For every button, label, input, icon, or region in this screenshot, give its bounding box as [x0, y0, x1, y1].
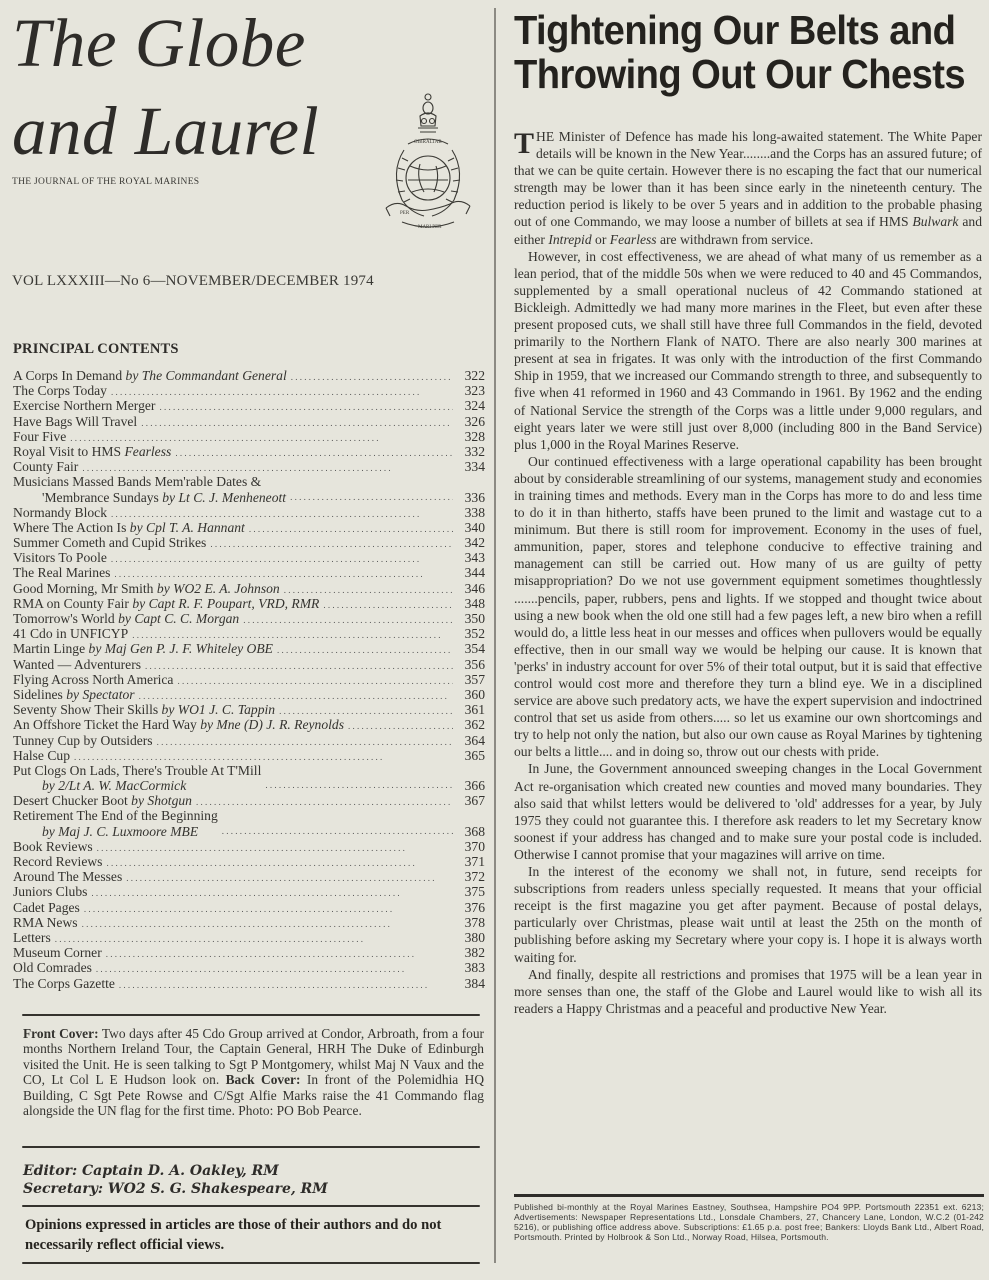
contents-entry: Letters380	[13, 930, 485, 945]
svg-text:MARI PER: MARI PER	[418, 225, 442, 230]
entry-page-number: 380	[459, 930, 485, 945]
dot-leader	[132, 628, 453, 641]
masthead-title-line1: The Globe	[12, 4, 306, 82]
entry-page-number: 366	[459, 778, 485, 793]
entry-title: Cadet Pages	[13, 900, 80, 915]
entry-byline: by Capt C. C. Morgan	[118, 611, 239, 626]
dot-leader	[177, 674, 453, 687]
entry-page-number: 368	[459, 824, 485, 839]
entry-page-number: 324	[459, 398, 485, 413]
magazine-page: The Globe and Laurel THE JOURNAL OF THE …	[0, 0, 989, 1280]
entry-title: Retirement The End of the Beginningby Ma…	[13, 808, 218, 838]
dot-leader	[157, 735, 453, 748]
contents-entry: 41 Cdo in UNFICYP352	[13, 626, 485, 641]
contents-entry: Old Comrades383	[13, 960, 485, 975]
dot-leader	[284, 583, 453, 596]
entry-title: Summer Cometh and Cupid Strikes	[13, 535, 206, 550]
entry-title: Seventy Show Their Skills by WO1 J. C. T…	[13, 702, 275, 717]
contents-entry: Flying Across North America357	[13, 672, 485, 687]
contents-entry: Halse Cup365	[13, 748, 485, 763]
entry-title: Four Five	[13, 429, 66, 444]
contents-entry: Record Reviews371	[13, 854, 485, 869]
entry-page-number: 383	[459, 960, 485, 975]
divider-rule	[514, 1194, 984, 1197]
dot-leader	[111, 507, 453, 520]
entry-page-number: 323	[459, 383, 485, 398]
contents-entry: Exercise Northern Merger324	[13, 398, 485, 413]
front-cover-label: Front Cover:	[23, 1026, 99, 1041]
entry-title: Normandy Block	[13, 505, 107, 520]
entry-page-number: 340	[459, 520, 485, 535]
contents-entry: The Real Marines344	[13, 565, 485, 580]
entry-page-number: 371	[459, 854, 485, 869]
entry-page-number: 372	[459, 869, 485, 884]
dot-leader	[210, 537, 453, 550]
dot-leader	[126, 871, 453, 884]
entry-title: Book Reviews	[13, 839, 93, 854]
entry-byline: by Spectator	[66, 687, 134, 702]
contents-entry: Retirement The End of the Beginningby Ma…	[13, 808, 485, 838]
contents-entry: Sidelines by Spectator360	[13, 687, 485, 702]
entry-title: Have Bags Will Travel	[13, 414, 137, 429]
contents-entry: Book Reviews370	[13, 839, 485, 854]
dot-leader	[222, 824, 453, 839]
entry-page-number: 370	[459, 839, 485, 854]
contents-heading: PRINCIPAL CONTENTS	[13, 341, 179, 358]
contents-entry: Cadet Pages376	[13, 900, 485, 915]
entry-page-number: 352	[459, 626, 485, 641]
entry-title: Where The Action Is by Cpl T. A. Hannant	[13, 520, 245, 535]
entry-page-number: 360	[459, 687, 485, 702]
entry-title: Record Reviews	[13, 854, 102, 869]
divider-rule	[22, 1146, 480, 1148]
entry-title: The Corps Today	[13, 383, 107, 398]
dot-leader	[159, 400, 453, 413]
dot-leader	[111, 552, 453, 565]
entry-page-number: 376	[459, 900, 485, 915]
svg-text:PER: PER	[400, 211, 410, 216]
contents-entry: RMA on County Fair by Capt R. F. Poupart…	[13, 596, 485, 611]
contents-entry: County Fair334	[13, 459, 485, 474]
secretary-credit: Secretary: WO2 S. G. Shakespeare, RM	[23, 1180, 328, 1198]
entry-title: The Corps Gazette	[13, 976, 115, 991]
back-cover-label: Back Cover:	[226, 1072, 301, 1087]
dot-leader	[243, 613, 453, 626]
entry-page-number: 361	[459, 702, 485, 717]
dot-leader	[114, 567, 453, 580]
volume-issue-line: VOL LXXXIII—No 6—NOVEMBER/DECEMBER 1974	[12, 273, 374, 290]
article-paragraph: However, in cost effectiveness, we are a…	[514, 248, 982, 453]
entry-title: Letters	[13, 930, 51, 945]
entry-byline: by Maj Gen P. J. F. Whiteley OBE	[89, 641, 273, 656]
entry-title: Tunney Cup by Outsiders	[13, 733, 153, 748]
entry-title: Old Comrades	[13, 960, 92, 975]
entry-title: A Corps In Demand by The Commandant Gene…	[13, 368, 287, 383]
dot-leader	[265, 778, 453, 793]
entry-page-number: 364	[459, 733, 485, 748]
entry-title: The Real Marines	[13, 565, 110, 580]
contents-entry: Desert Chucker Boot by Shotgun367	[13, 793, 485, 808]
entry-page-number: 343	[459, 550, 485, 565]
entry-page-number: 365	[459, 748, 485, 763]
entry-title: RMA News	[13, 915, 78, 930]
entry-title: Tomorrow's World by Capt C. C. Morgan	[13, 611, 239, 626]
contents-entry: Good Morning, Mr Smith by WO2 E. A. John…	[13, 581, 485, 596]
entry-title: Martin Linge by Maj Gen P. J. F. Whitele…	[13, 641, 273, 656]
entry-page-number: 367	[459, 793, 485, 808]
entry-page-number: 334	[459, 459, 485, 474]
staff-credits: Editor: Captain D. A. Oakley, RM Secreta…	[23, 1162, 328, 1198]
entry-title: Around The Messes	[13, 869, 122, 884]
divider-rule	[22, 1205, 480, 1207]
dot-leader	[139, 689, 453, 702]
entry-page-number: 357	[459, 672, 485, 687]
contents-entry: Tomorrow's World by Capt C. C. Morgan350	[13, 611, 485, 626]
entry-page-number: 332	[459, 444, 485, 459]
contents-entry: Four Five328	[13, 429, 485, 444]
contents-entry: Musicians Massed Bands Mem'rable Dates &…	[13, 474, 485, 504]
drop-cap: T	[514, 131, 534, 157]
contents-entry: Summer Cometh and Cupid Strikes342	[13, 535, 485, 550]
disclaimer: Opinions expressed in articles are those…	[25, 1215, 487, 1255]
entry-title: 41 Cdo in UNFICYP	[13, 626, 128, 641]
entry-page-number: 362	[459, 717, 485, 732]
dot-leader	[249, 522, 453, 535]
dot-leader	[82, 461, 453, 474]
contents-entry: RMA News378	[13, 915, 485, 930]
contents-entry: Museum Corner382	[13, 945, 485, 960]
dot-leader	[145, 659, 453, 672]
entry-page-number: 326	[459, 414, 485, 429]
entry-title: Put Clogs On Lads, There's Trouble At T'…	[13, 763, 261, 793]
entry-title: Exercise Northern Merger	[13, 398, 155, 413]
table-of-contents: A Corps In Demand by The Commandant Gene…	[13, 368, 485, 991]
dot-leader	[111, 385, 453, 398]
dot-leader	[106, 947, 453, 960]
dot-leader	[91, 886, 453, 899]
entry-title: Juniors Clubs	[13, 884, 87, 899]
entry-title: Musicians Massed Bands Mem'rable Dates &…	[13, 474, 286, 504]
headline-line1: Tightening Our Belts and	[514, 8, 951, 52]
entry-page-number: 344	[459, 565, 485, 580]
entry-title: An Offshore Ticket the Hard Way by Mne (…	[13, 717, 344, 732]
article-paragraph: Our continued effectiveness with a large…	[514, 453, 982, 761]
article-paragraph: THE Minister of Defence has made his lon…	[514, 128, 982, 248]
entry-byline: Fearless	[124, 444, 171, 459]
entry-byline: by Capt R. F. Poupart, VRD, RMR	[132, 596, 319, 611]
entry-page-number: 384	[459, 976, 485, 991]
contents-entry: Wanted — Adventurers356	[13, 657, 485, 672]
entry-byline: by The Commandant General	[126, 368, 287, 383]
dot-leader	[175, 446, 453, 459]
entry-page-number: 354	[459, 641, 485, 656]
article-paragraph: In the interest of the economy we shall …	[514, 863, 982, 966]
masthead-subtitle: THE JOURNAL OF THE ROYAL MARINES	[12, 177, 199, 187]
entry-byline: by WO1 J. C. Tappin	[162, 702, 276, 717]
entry-page-number: 348	[459, 596, 485, 611]
dot-leader	[74, 750, 453, 763]
contents-entry: Tunney Cup by Outsiders364	[13, 733, 485, 748]
entry-title: County Fair	[13, 459, 78, 474]
royal-marines-crest-icon: GIBRALTAR MARI PER PER	[380, 88, 476, 236]
entry-title: Wanted — Adventurers	[13, 657, 141, 672]
contents-entry: The Corps Today323	[13, 383, 485, 398]
entry-page-number: 328	[459, 429, 485, 444]
dot-leader	[290, 490, 453, 505]
dot-leader	[55, 932, 453, 945]
entry-byline: by Maj J. C. Luxmoore MBE	[42, 824, 198, 839]
article-body: THE Minister of Defence has made his lon…	[514, 128, 982, 1017]
dot-leader	[277, 643, 453, 656]
entry-title: Flying Across North America	[13, 672, 173, 687]
dot-leader	[97, 841, 453, 854]
dot-leader	[323, 598, 453, 611]
editor-credit: Editor: Captain D. A. Oakley, RM	[23, 1162, 328, 1180]
entry-title: Visitors To Poole	[13, 550, 107, 565]
dot-leader	[141, 416, 453, 429]
dot-leader	[70, 431, 453, 444]
article-paragraph: And finally, despite all restrictions an…	[514, 966, 982, 1017]
entry-page-number: 378	[459, 915, 485, 930]
contents-entry: Around The Messes372	[13, 869, 485, 884]
contents-entry: The Corps Gazette384	[13, 976, 485, 991]
headline-line2: Throwing Out Our Chests	[514, 52, 951, 96]
column-divider	[494, 8, 496, 1263]
contents-entry: Put Clogs On Lads, There's Trouble At T'…	[13, 763, 485, 793]
entry-page-number: 382	[459, 945, 485, 960]
dot-leader	[106, 856, 453, 869]
contents-entry: Juniors Clubs375	[13, 884, 485, 899]
masthead-title-line2: and Laurel	[12, 92, 319, 170]
entry-page-number: 375	[459, 884, 485, 899]
entry-byline: by WO2 E. A. Johnson	[157, 581, 280, 596]
entry-byline: by Mne (D) J. R. Reynolds	[200, 717, 344, 732]
article-headline: Tightening Our Belts and Throwing Out Ou…	[514, 8, 951, 96]
contents-entry: Where The Action Is by Cpl T. A. Hannant…	[13, 520, 485, 535]
contents-entry: Martin Linge by Maj Gen P. J. F. Whitele…	[13, 641, 485, 656]
entry-page-number: 336	[459, 490, 485, 505]
entry-byline: by 2/Lt A. W. MacCormick	[42, 778, 186, 793]
contents-entry: A Corps In Demand by The Commandant Gene…	[13, 368, 485, 383]
entry-title: Desert Chucker Boot by Shotgun	[13, 793, 192, 808]
dot-leader	[82, 917, 453, 930]
contents-entry: Royal Visit to HMS Fearless332	[13, 444, 485, 459]
entry-title: Good Morning, Mr Smith by WO2 E. A. John…	[13, 581, 280, 596]
dot-leader	[279, 704, 453, 717]
entry-byline: by Shotgun	[131, 793, 192, 808]
entry-page-number: 342	[459, 535, 485, 550]
entry-page-number: 350	[459, 611, 485, 626]
entry-title: Museum Corner	[13, 945, 102, 960]
entry-page-number: 346	[459, 581, 485, 596]
dot-leader	[119, 978, 453, 991]
contents-entry: Normandy Block338	[13, 505, 485, 520]
contents-entry: Seventy Show Their Skills by WO1 J. C. T…	[13, 702, 485, 717]
publisher-imprint: Published bi-monthly at the Royal Marine…	[514, 1202, 984, 1242]
entry-page-number: 322	[459, 368, 485, 383]
dot-leader	[348, 719, 453, 732]
divider-rule	[22, 1262, 480, 1264]
entry-page-number: 338	[459, 505, 485, 520]
dot-leader	[96, 962, 453, 975]
contents-entry: Have Bags Will Travel326	[13, 414, 485, 429]
dot-leader	[291, 370, 453, 383]
entry-title: Royal Visit to HMS Fearless	[13, 444, 171, 459]
svg-text:GIBRALTAR: GIBRALTAR	[414, 140, 442, 145]
entry-byline: by Cpl T. A. Hannant	[130, 520, 245, 535]
article-paragraph: In June, the Government announced sweepi…	[514, 760, 982, 863]
entry-title: RMA on County Fair by Capt R. F. Poupart…	[13, 596, 319, 611]
cover-caption: Front Cover: Two days after 45 Cdo Group…	[23, 1026, 484, 1118]
entry-title: Sidelines by Spectator	[13, 687, 135, 702]
contents-entry: Visitors To Poole343	[13, 550, 485, 565]
divider-rule	[22, 1014, 480, 1016]
entry-title: Halse Cup	[13, 748, 70, 763]
entry-byline: by Lt C. J. Menheneott	[162, 490, 286, 505]
contents-entry: An Offshore Ticket the Hard Way by Mne (…	[13, 717, 485, 732]
dot-leader	[84, 902, 453, 915]
entry-page-number: 356	[459, 657, 485, 672]
dot-leader	[196, 795, 453, 808]
